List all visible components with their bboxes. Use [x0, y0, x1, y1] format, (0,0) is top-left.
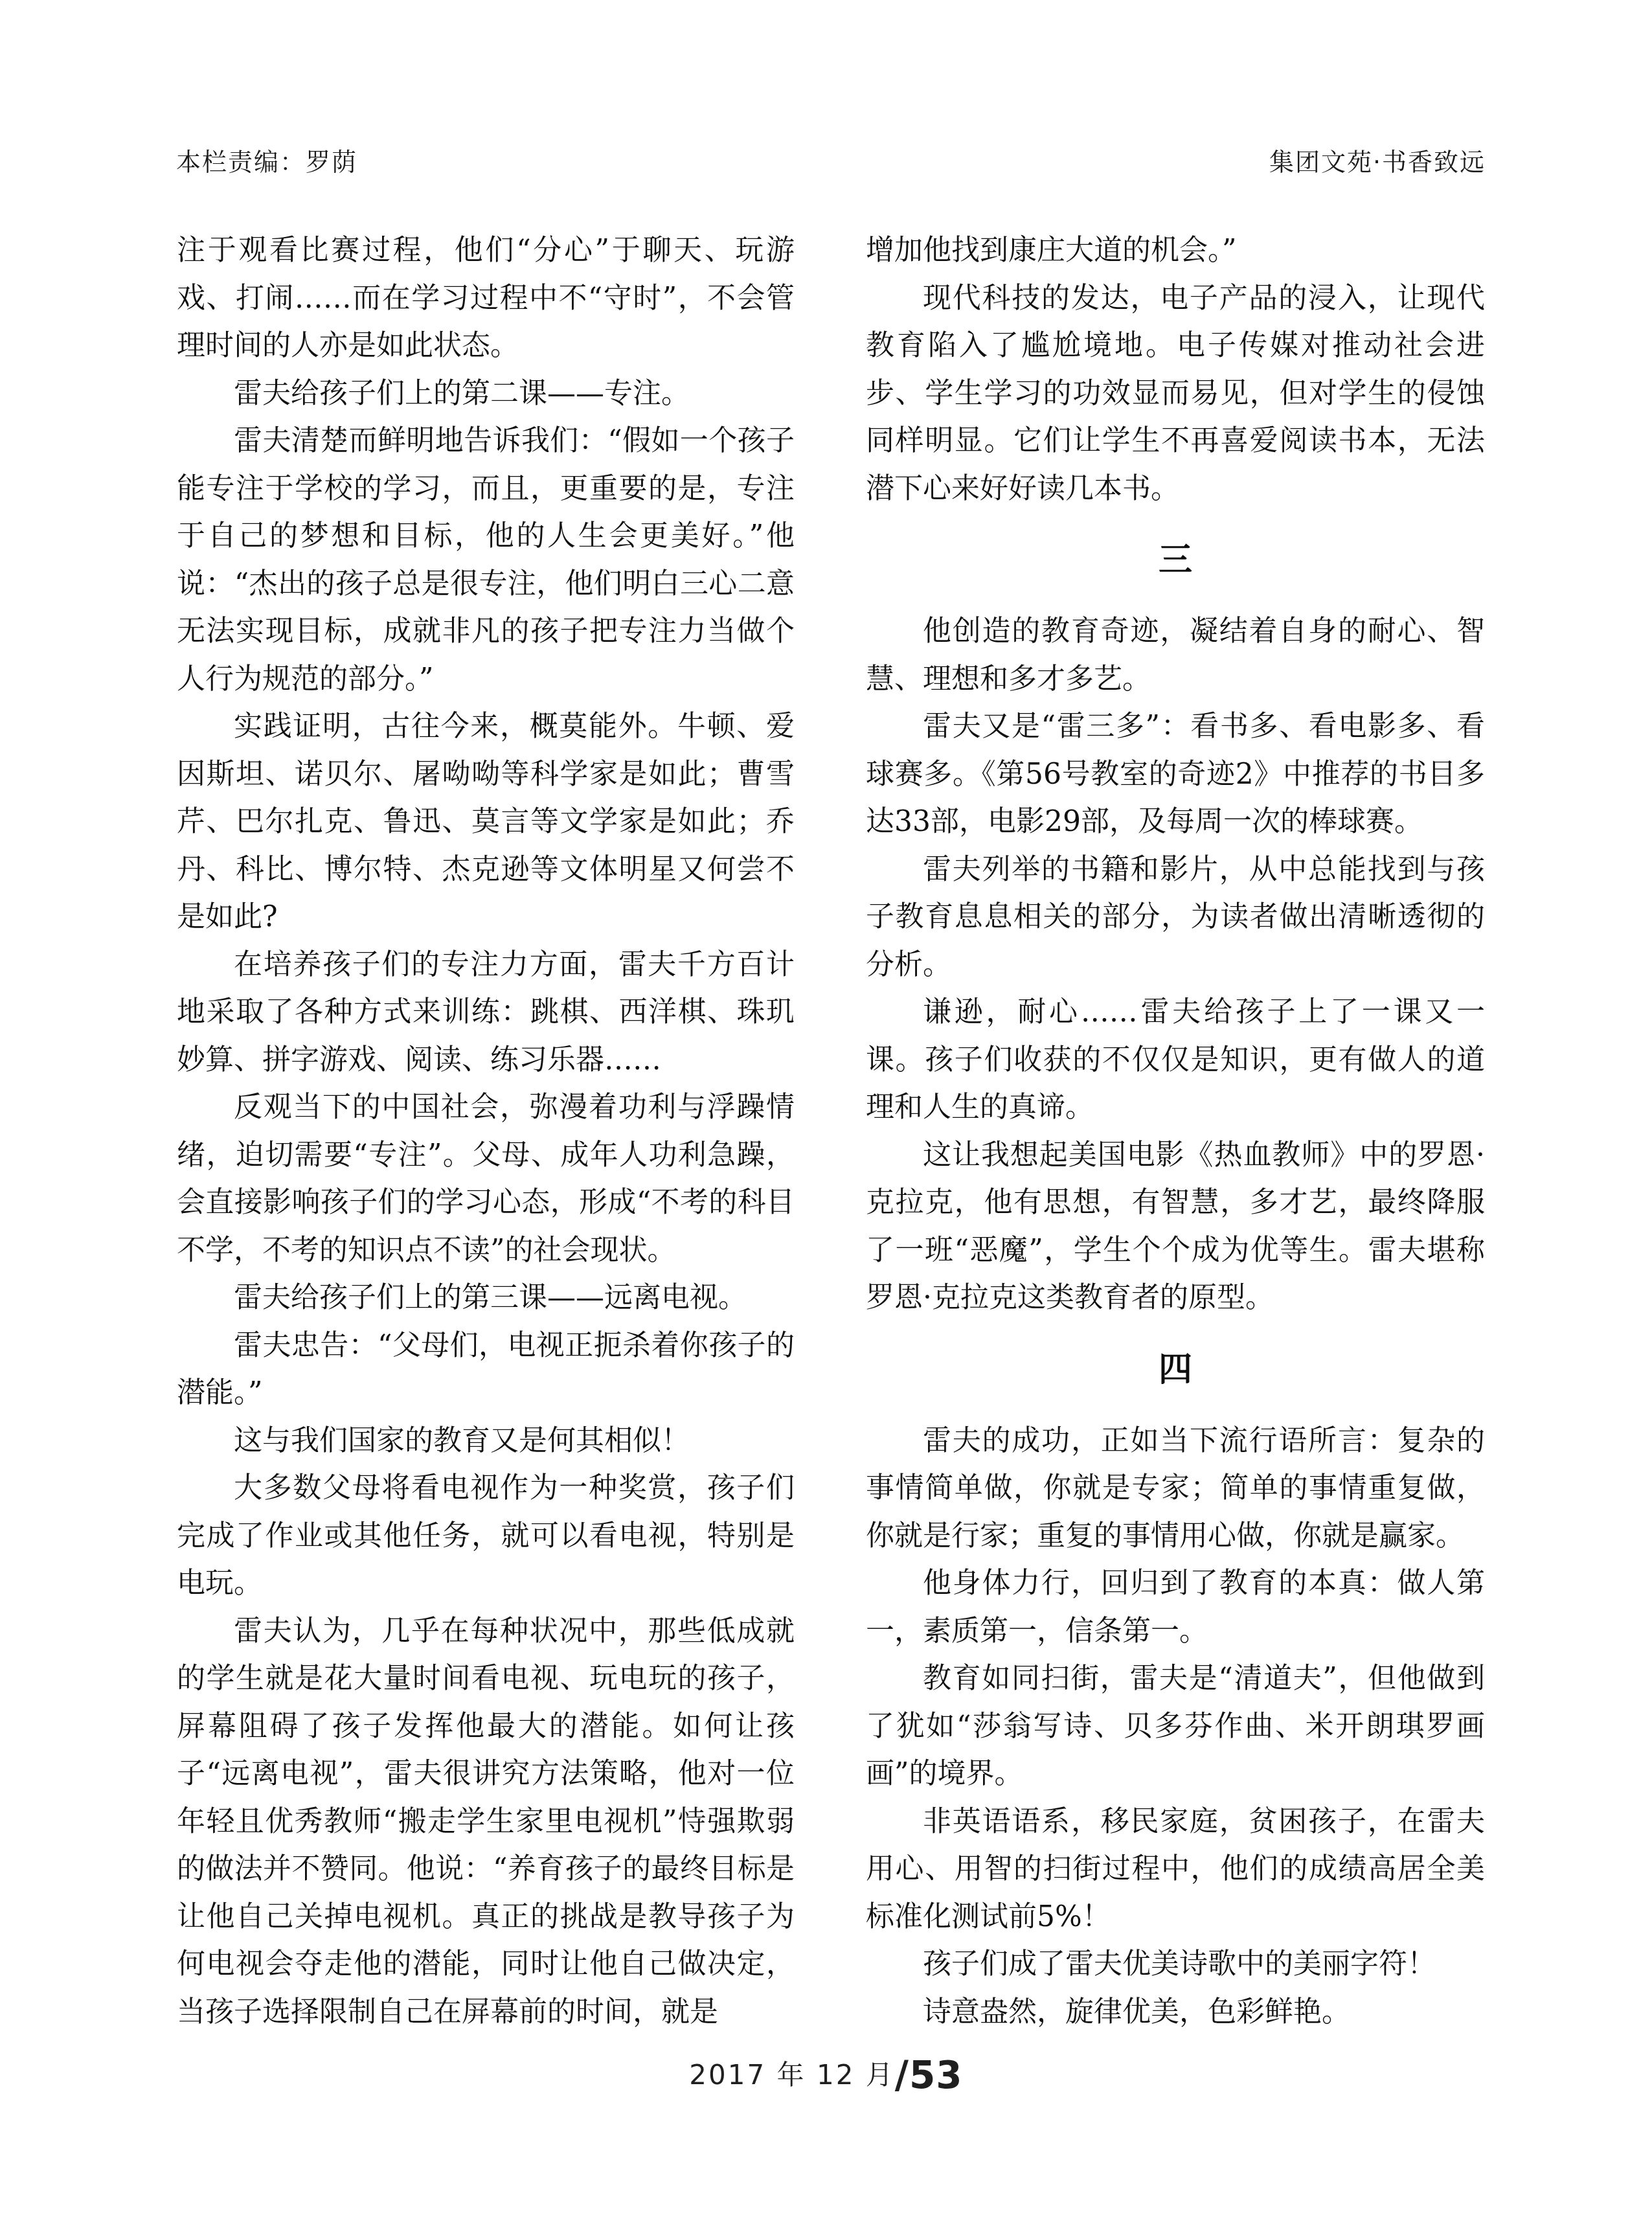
paragraph: 雷夫给孩子们上的第三课——远离电视。 [177, 1274, 795, 1322]
paragraph: 他创造的教育奇迹，凝结着自身的耐心、智慧、理想和多才多艺。 [866, 608, 1485, 703]
paragraph: 雷夫列举的书籍和影片，从中总能找到与孩子教育息息相关的部分，为读者做出清晰透彻的… [866, 846, 1485, 989]
paragraph: 雷夫又是“雷三多”：看书多、看电影多、看球赛多。《第56号教室的奇迹2》中推荐的… [866, 703, 1485, 846]
paragraph: 雷夫认为，几乎在每种状况中，那些低成就的学生就是花大量时间看电视、玩电玩的孩子，… [177, 1607, 795, 2036]
paragraph: 雷夫清楚而鲜明地告诉我们：“假如一个孩子能专注于学校的学习，而且，更重要的是，专… [177, 417, 795, 703]
paragraph: 雷夫的成功，正如当下流行语所言：复杂的事情简单做，你就是专家；简单的事情重复做，… [866, 1417, 1485, 1560]
footer-date: 2017 年 12 月 [689, 2059, 894, 2091]
paragraph: 雷夫给孩子们上的第二课——专注。 [177, 370, 795, 418]
paragraph: 在培养孩子们的专注力方面，雷夫千方百计地采取了各种方式来训练：跳棋、西洋棋、珠玑… [177, 941, 795, 1084]
paragraph: 增加他找到康庄大道的机会。” [866, 227, 1485, 275]
paragraph: 教育如同扫街，雷夫是“清道夫”，但他做到了犹如“莎翁写诗、贝多芬作曲、米开朗琪罗… [866, 1655, 1485, 1798]
header-column-editor: 本栏责编：罗荫 [176, 149, 357, 176]
paragraph: 大多数父母将看电视作为一种奖赏，孩子们完成了作业或其他任务，就可以看电视，特别是… [177, 1464, 795, 1607]
paragraph: 现代科技的发达，电子产品的浸入，让现代教育陷入了尴尬境地。电子传媒对推动社会进步… [866, 275, 1485, 513]
left-column: 注于观看比赛过程，他们“分心”于聊天、玩游戏、打闹……而在学习过程中不“守时”，… [177, 227, 795, 2036]
paragraph: 雷夫忠告：“父母们，电视正扼杀着你孩子的潜能。” [177, 1322, 795, 1417]
right-column: 增加他找到康庄大道的机会。” 现代科技的发达，电子产品的浸入，让现代教育陷入了尴… [866, 227, 1485, 2036]
paragraph: 实践证明，古往今来，概莫能外。牛顿、爱因斯坦、诺贝尔、屠呦呦等科学家是如此；曹雪… [177, 703, 795, 941]
section-heading-three: 三 [866, 512, 1485, 608]
paragraph: 反观当下的中国社会，弥漫着功利与浮躁情绪，迫切需要“专注”。父母、成年人功利急躁… [177, 1084, 795, 1274]
footer-page-number: /53 [895, 2053, 963, 2097]
paragraph: 他身体力行，回归到了教育的本真：做人第一，素质第一，信条第一。 [866, 1560, 1485, 1655]
paragraph: 非英语语系，移民家庭，贫困孩子，在雷夫用心、用智的扫街过程中，他们的成绩高居全美… [866, 1798, 1485, 1941]
magazine-page: 本栏责编：罗荫 集团文苑·书香致远 注于观看比赛过程，他们“分心”于聊天、玩游戏… [0, 0, 1652, 2226]
paragraph: 这与我们国家的教育又是何其相似！ [177, 1417, 795, 1465]
paragraph: 这让我想起美国电影《热血教师》中的罗恩·克拉克，他有思想，有智慧，多才艺，最终降… [866, 1131, 1485, 1322]
page-footer: 2017 年 12 月/53 [0, 2053, 1652, 2097]
paragraph: 注于观看比赛过程，他们“分心”于聊天、玩游戏、打闹……而在学习过程中不“守时”，… [177, 227, 795, 370]
paragraph: 诗意盎然，旋律优美，色彩鲜艳。 [866, 1988, 1485, 2036]
section-heading-four: 四 [866, 1322, 1485, 1417]
paragraph: 孩子们成了雷夫优美诗歌中的美丽字符！ [866, 1940, 1485, 1988]
paragraph: 谦逊，耐心……雷夫给孩子上了一课又一课。孩子们收获的不仅仅是知识，更有做人的道理… [866, 988, 1485, 1131]
page-header: 本栏责编：罗荫 集团文苑·书香致远 [176, 149, 1486, 176]
header-section-title: 集团文苑·书香致远 [1269, 149, 1486, 176]
